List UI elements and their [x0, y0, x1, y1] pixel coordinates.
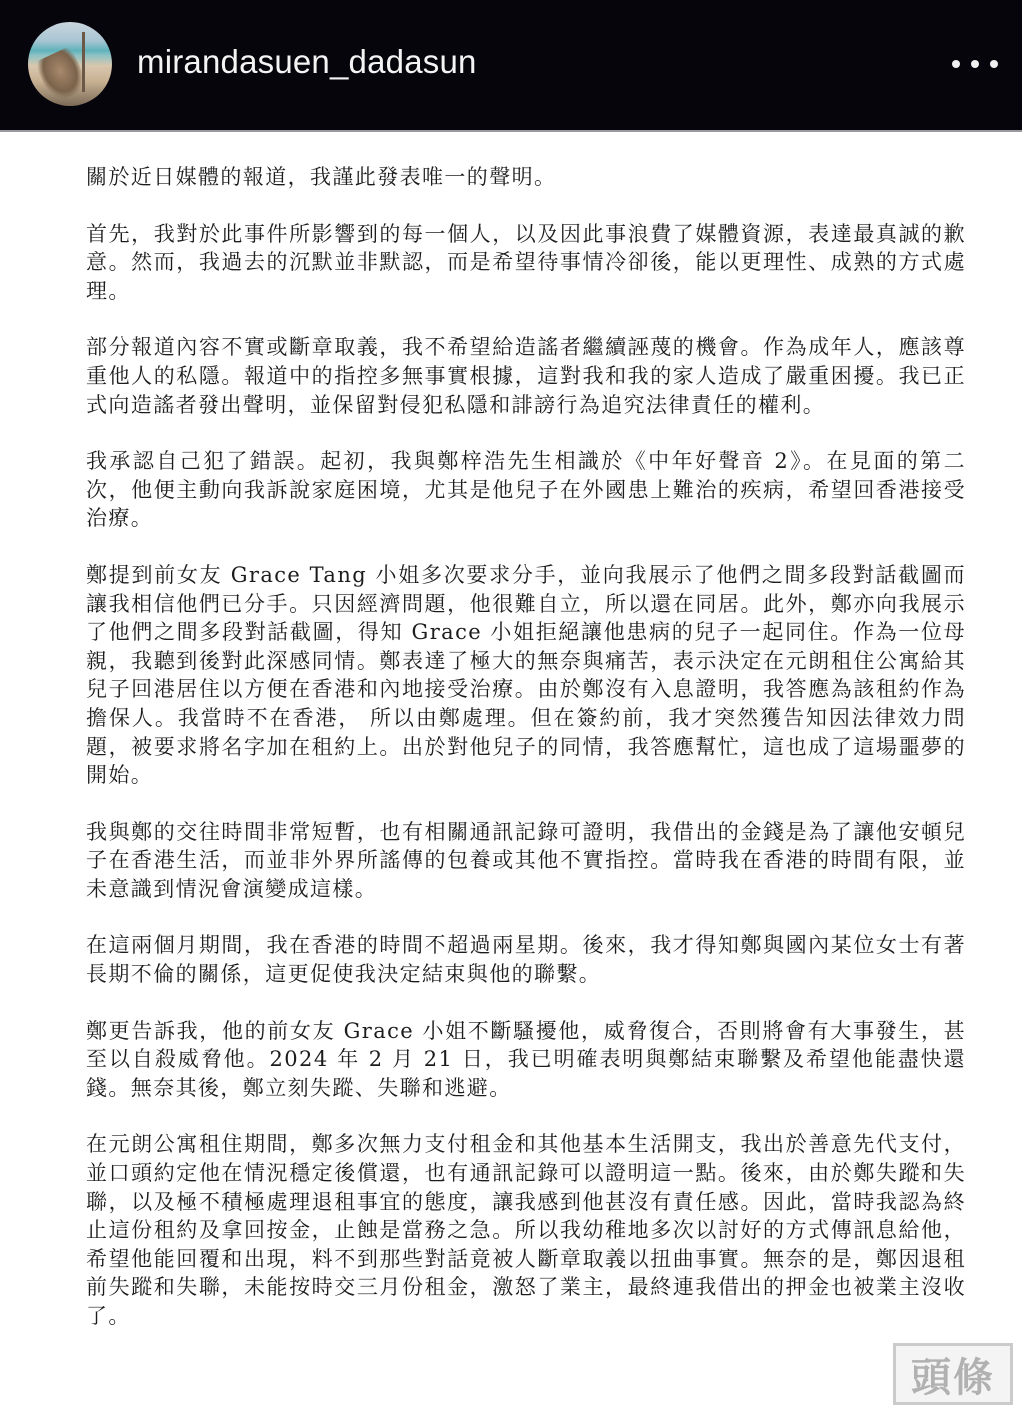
more-options-button[interactable] [952, 46, 998, 82]
username[interactable]: mirandasuen_dadasun [137, 40, 477, 84]
paragraph: 首先，我對於此事件所影響到的每一個人，以及因此事浪費了媒體資源，表達最真誠的歉意… [86, 220, 966, 306]
more-horizontal-icon [952, 60, 960, 68]
more-horizontal-icon [990, 60, 998, 68]
paragraph: 我承認自己犯了錯誤。起初，我與鄭梓浩先生相識於《中年好聲音 2》。在見面的第二次… [86, 447, 966, 533]
more-horizontal-icon [971, 60, 979, 68]
avatar-post [82, 32, 85, 92]
avatar[interactable] [28, 22, 112, 106]
paragraph: 在元朗公寓租住期間，鄭多次無力支付租金和其他基本生活開支，我出於善意先代支付，並… [86, 1130, 966, 1330]
post-header: mirandasuen_dadasun [0, 0, 1022, 132]
paragraph: 關於近日媒體的報道，我謹此發表唯一的聲明。 [86, 163, 966, 192]
paragraph: 我與鄭的交往時間非常短暫，也有相關通訊記錄可證明，我借出的金錢是為了讓他安頓兒子… [86, 818, 966, 904]
paragraph: 鄭更告訴我，他的前女友 Grace 小姐不斷騷擾他，威脅復合，否則將會有大事發生… [86, 1017, 966, 1103]
paragraph: 鄭提到前女友 Grace Tang 小姐多次要求分手，並向我展示了他們之間多段對… [86, 561, 966, 790]
statement-body: 關於近日媒體的報道，我謹此發表唯一的聲明。 首先，我對於此事件所影響到的每一個人… [86, 163, 966, 1359]
paragraph: 部分報道內容不實或斷章取義，我不希望給造謠者繼續誣蔑的機會。作為成年人，應該尊重… [86, 333, 966, 419]
paragraph: 在這兩個月期間，我在香港的時間不超過兩星期。後來，我才得知鄭與國內某位女士有著長… [86, 931, 966, 988]
watermark-logo: 頭條 [893, 1343, 1013, 1405]
